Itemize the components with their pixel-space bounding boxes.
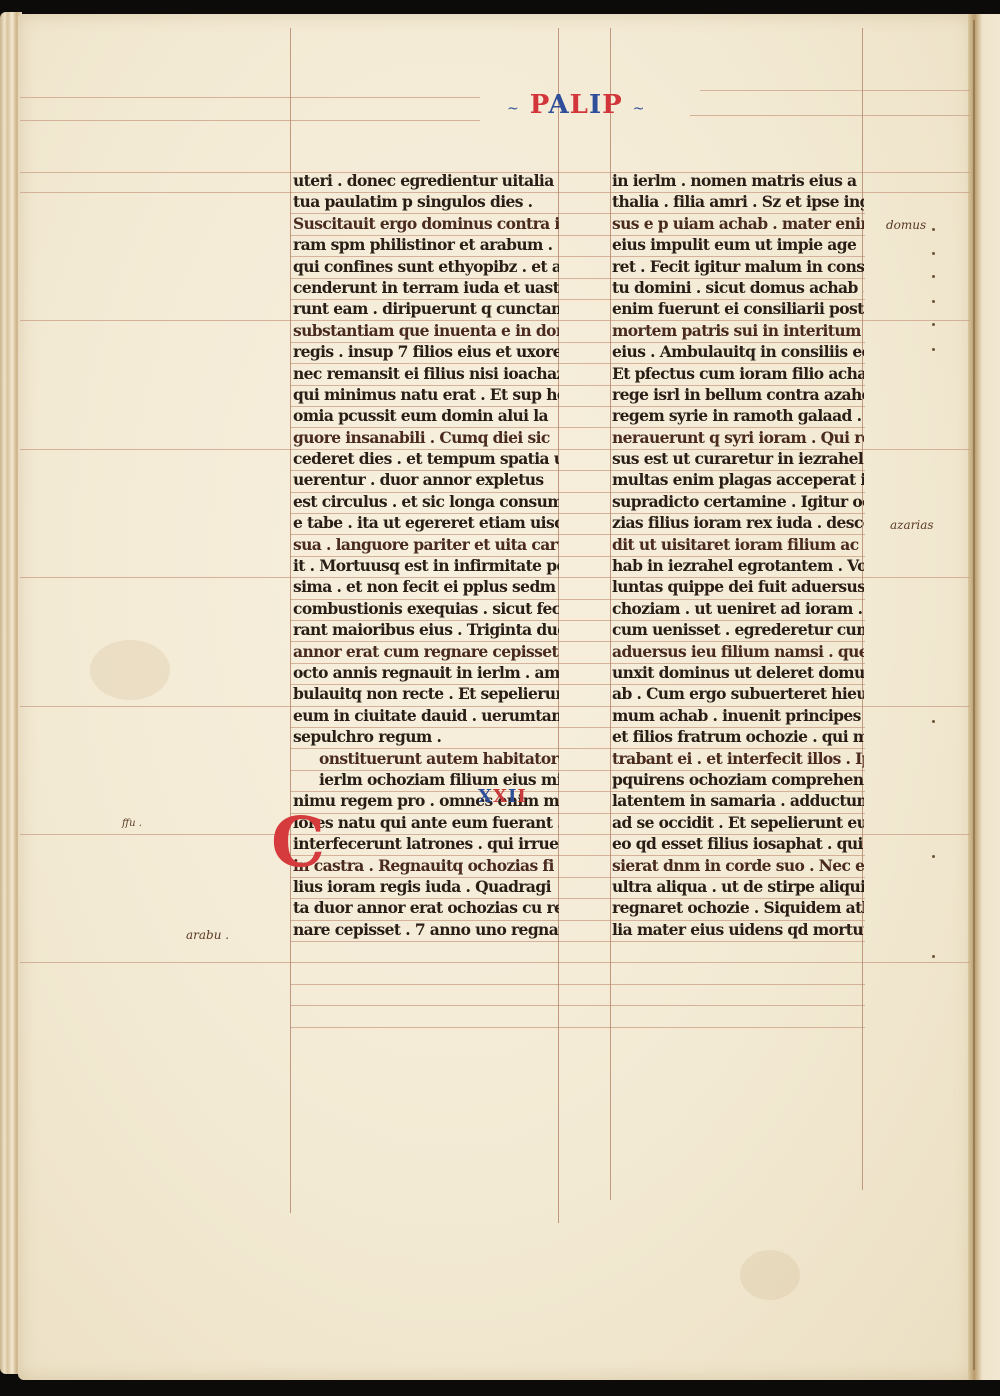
chapter-numeral: I: [508, 786, 517, 807]
text-line: eius impulit eum ut impie age: [612, 234, 864, 255]
text-line: runt eam . diripuerunt q cunctam: [293, 298, 559, 319]
text-line: tua paulatim p singulos dies .: [293, 191, 559, 212]
text-line: cenderunt in terram iuda et uastaue: [293, 277, 559, 298]
decorated-initial: C: [271, 812, 325, 874]
text-line: sus e p uiam achab . mater enim: [612, 213, 864, 234]
text-line: onstituerunt autem habitatores: [293, 748, 559, 769]
column-ruling-right-outer: [610, 28, 611, 1200]
text-line: ram spm philistinor et arabum .: [293, 234, 559, 255]
text-line: rege isrl in bellum contra azahel: [612, 384, 864, 405]
text-line: cederet dies . et tempum spatia uol: [293, 448, 559, 469]
text-line: enim fuerunt ei consiliarii post: [612, 298, 864, 319]
chapter-numeral: X: [493, 786, 508, 807]
text-line: multas enim plagas acceperat in: [612, 469, 864, 490]
marginal-note-domus: domus: [886, 218, 926, 232]
text-line: sepulchro regum .: [293, 726, 559, 747]
text-line: eius . Ambulauitq in consiliis eor .: [612, 341, 864, 362]
text-line: combustionis exequias . sicut fece: [293, 598, 559, 619]
text-line: latentem in samaria . adductumq: [612, 790, 864, 811]
text-line: octo annis regnauit in ierlm . am: [293, 662, 559, 683]
text-line: regem syrie in ramoth galaad . uul: [612, 405, 864, 426]
text-line: pquirens ochoziam comprehendit: [612, 769, 864, 790]
text-line: regnaret ochozie . Siquidem atha: [612, 897, 864, 918]
text-line: rant maioribus eius . Triginta duor: [293, 619, 559, 640]
text-line: in ierlm . nomen matris eius a: [612, 170, 864, 191]
text-line: eum in ciuitate dauid . uerumtam n i: [293, 705, 559, 726]
text-line: supradicto certamine . Igitur ocho: [612, 491, 864, 512]
pricking-mark: [932, 348, 935, 351]
text-line: ad se occidit . Et sepelierunt eum: [612, 812, 864, 833]
chapter-numeral: I: [517, 786, 526, 807]
text-line: dit ut uisitaret ioram filium ac: [612, 534, 864, 555]
text-line: Et pfectus cum ioram filio achab: [612, 363, 864, 384]
text-line: mortem patris sui in interitum: [612, 320, 864, 341]
running-head-flourish-right: ~: [633, 101, 646, 117]
text-column-left: uteri . donec egredientur uitaliatua pau…: [293, 170, 559, 940]
text-line: omia pcussit eum domin alui la: [293, 405, 559, 426]
text-line: ret . Fecit igitur malum in conspec: [612, 256, 864, 277]
pricking-mark: [932, 228, 935, 231]
chapter-number: XXII: [478, 786, 527, 807]
text-line: thalia . filia amri . Sz et ipse ingres: [612, 191, 864, 212]
marginal-note-arabu: arabu .: [186, 928, 229, 942]
running-head-letter: I: [589, 90, 602, 120]
text-line: uteri . donec egredientur uitalia: [293, 170, 559, 191]
text-column-right: in ierlm . nomen matris eius athalia . f…: [612, 170, 864, 940]
text-line: cum uenisset . egrederetur cum eo: [612, 619, 864, 640]
running-head-letter: L: [570, 90, 589, 120]
running-head-letter: P: [530, 90, 549, 120]
running-head-letter: P: [602, 90, 623, 120]
text-line: nerauerunt q syri ioram . Qui reu: [612, 427, 864, 448]
text-line: e tabe . ita ut egereret etiam uiscera: [293, 512, 559, 533]
pricking-mark: [932, 323, 935, 326]
ruling-line: [290, 1005, 865, 1006]
pricking-mark: [932, 252, 935, 255]
text-line: luntas quippe dei fuit aduersus o: [612, 576, 864, 597]
gutter-fold-line: [973, 20, 975, 1370]
text-line: it . Mortuusq est in infirmitate pes: [293, 555, 559, 576]
text-line: zias filius ioram rex iuda . descen: [612, 512, 864, 533]
text-line: interfecerunt latrones . qui irruerat: [293, 833, 559, 854]
pricking-mark: [932, 855, 935, 858]
text-line: ta duor annor erat ochozias cu reg: [293, 897, 559, 918]
ruling-line: [20, 962, 970, 963]
ruling-line: [290, 941, 865, 942]
text-line: uerentur . duor annor expletus: [293, 469, 559, 490]
parchment-stain: [90, 640, 170, 700]
text-line: choziam . ut ueniret ad ioram . Et: [612, 598, 864, 619]
text-line: lia mater eius uidens qd mortuus: [612, 919, 864, 940]
pricking-mark: [932, 275, 935, 278]
column-ruling-left-outer: [290, 28, 291, 1213]
text-line: ultra aliqua . ut de stirpe aliquis: [612, 876, 864, 897]
text-line: in castra . Regnauitq ochozias fi: [293, 855, 559, 876]
pricking-mark: [932, 720, 935, 723]
text-line: iores natu qui ante eum fuerant .: [293, 812, 559, 833]
text-line: ab . Cum ergo subuerteret hieu do: [612, 683, 864, 704]
text-line: nec remansit ei filius nisi ioachaz: [293, 363, 559, 384]
text-line: annor erat cum regnare cepisset . et: [293, 641, 559, 662]
text-line: substantiam que inuenta e in domo: [293, 320, 559, 341]
ruling-line: [290, 984, 865, 985]
text-line: hab in iezrahel egrotantem . Vo: [612, 555, 864, 576]
text-line: mum achab . inuenit principes iuda: [612, 705, 864, 726]
text-line: sierat dnm in corde suo . Nec erat spes: [612, 855, 864, 876]
pricking-mark: [932, 300, 935, 303]
marginal-note-azarias: azarias: [890, 518, 934, 532]
ruling-line: [690, 115, 970, 116]
text-line: qui minimus natu erat . Et sup hec: [293, 384, 559, 405]
text-line: eo qd esset filius iosaphat . qui que: [612, 833, 864, 854]
chapter-numeral: X: [478, 786, 493, 807]
text-line: aduersus ieu filium namsi . quem: [612, 641, 864, 662]
text-line: Suscitauit ergo dominus contra io: [293, 213, 559, 234]
text-line: lius ioram regis iuda . Quadragi: [293, 876, 559, 897]
ruling-line: [700, 90, 970, 91]
running-head-letter: A: [548, 90, 569, 120]
text-line: sus est ut curaretur in iezrahel .: [612, 448, 864, 469]
marginal-note-ffu: ffu .: [122, 818, 142, 829]
parchment-stain: [740, 1250, 800, 1300]
text-line: trabant ei . et interfecit illos . Ipsum…: [612, 748, 864, 769]
text-line: tu domini . sicut domus achab . ipi: [612, 277, 864, 298]
running-head: ~ PALIP ~: [507, 90, 645, 120]
ruling-line: [20, 97, 480, 98]
text-line: et filios fratrum ochozie . qui minis: [612, 726, 864, 747]
ruling-line: [290, 1027, 865, 1028]
ruling-line: [20, 120, 480, 121]
text-line: qui confines sunt ethyopibz . et as: [293, 256, 559, 277]
text-line: nare cepisset . 7 anno uno regnauit: [293, 919, 559, 940]
running-head-flourish-left: ~: [507, 101, 520, 117]
text-line: bulauitq non recte . Et sepelierunt: [293, 683, 559, 704]
text-line: est circulus . et sic longa consumpt: [293, 491, 559, 512]
text-line: unxit dominus ut deleret domu ach: [612, 662, 864, 683]
text-line: regis . insup 7 filios eius et uxores .: [293, 341, 559, 362]
text-line: guore insanabili . Cumq diei sic: [293, 427, 559, 448]
text-line: sima . et non fecit ei pplus sedm more: [293, 576, 559, 597]
pricking-mark: [932, 955, 935, 958]
text-line: sua . languore pariter et uita caru: [293, 534, 559, 555]
